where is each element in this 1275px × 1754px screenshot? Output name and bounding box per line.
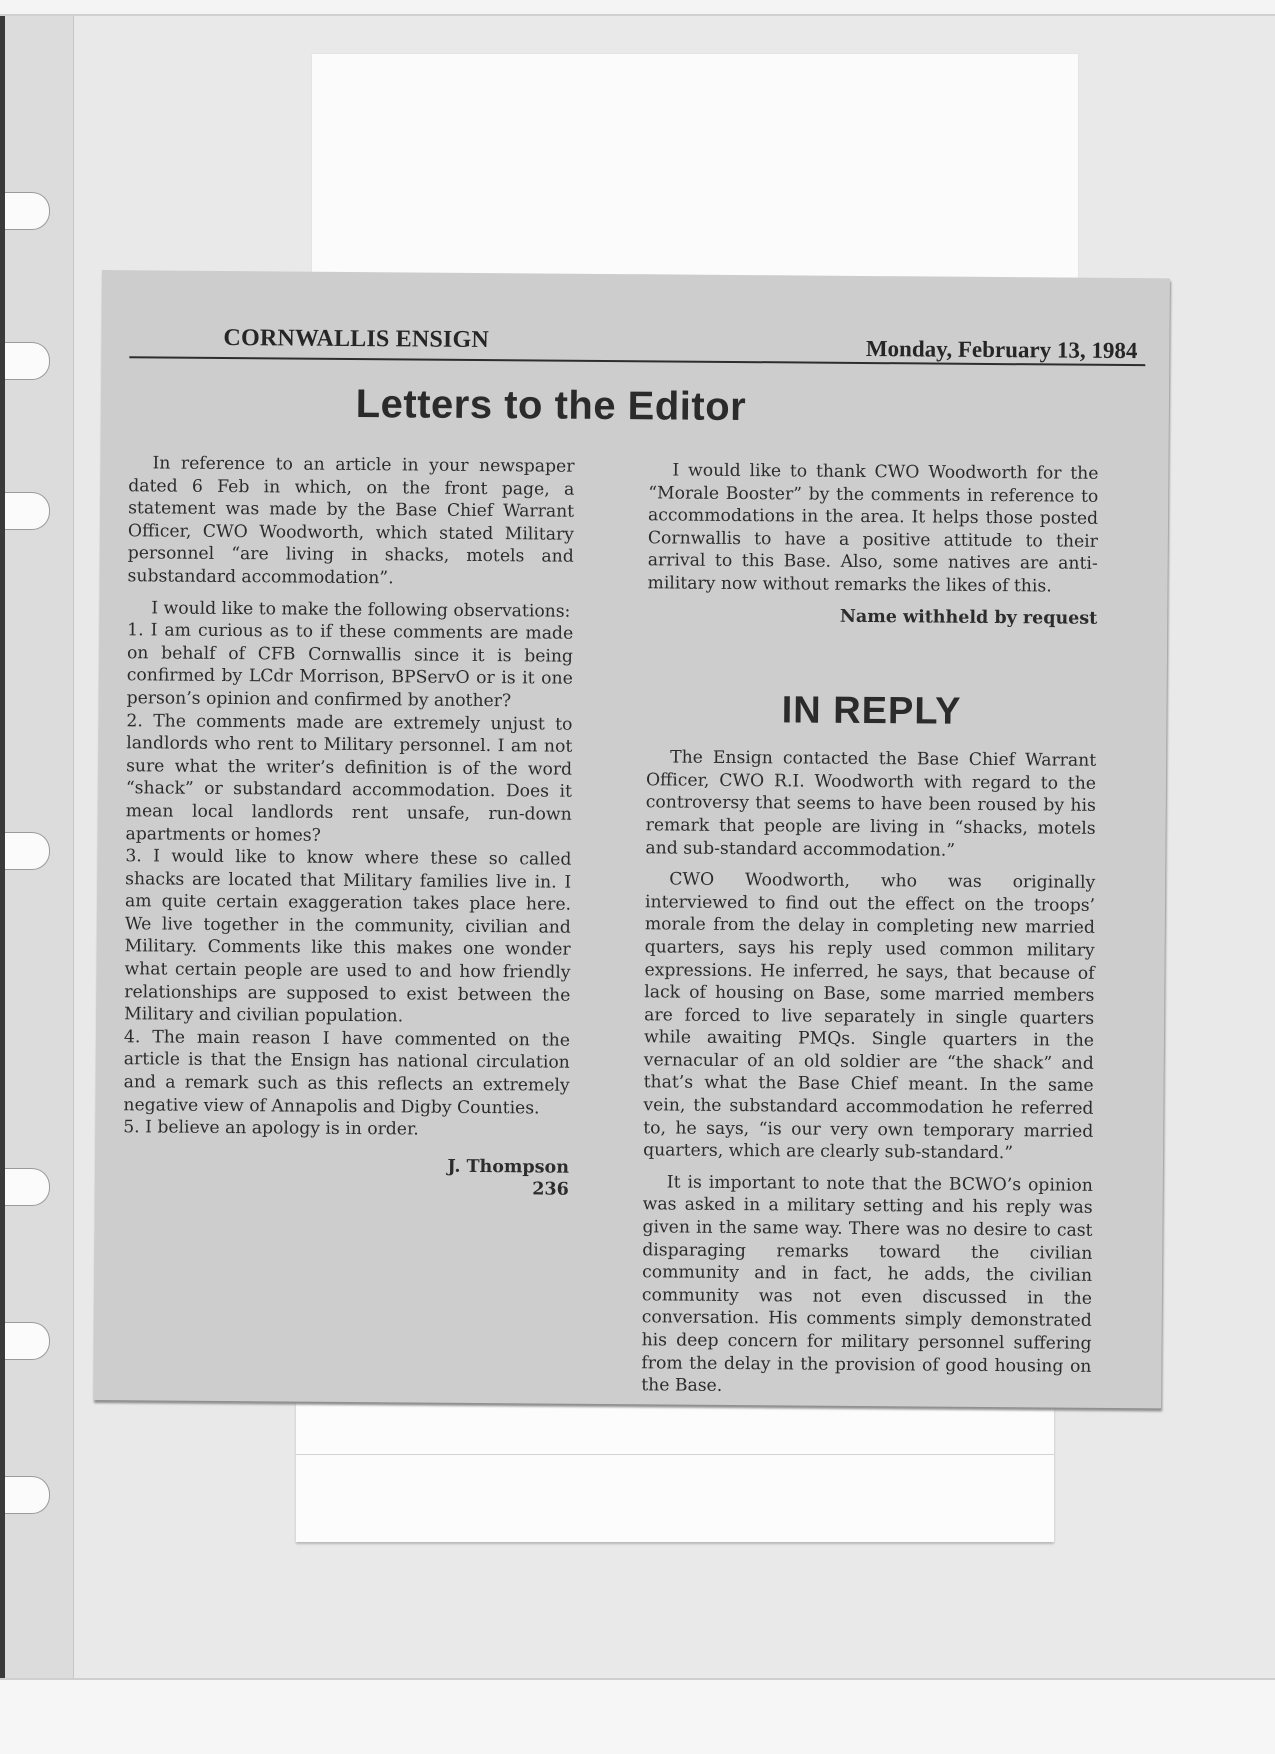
binder-hole [5,192,50,230]
backing-paper-fold [296,1454,1054,1455]
scanner-background [0,1680,1275,1754]
letter-point: 1. I am curious as to if these comments … [127,619,574,713]
reply-paragraph: CWO Woodworth, who was originally interv… [643,868,1095,1165]
backing-paper-top [312,54,1078,282]
binder-hole [5,1168,50,1206]
binder-hole [5,1322,50,1360]
binder-hole [5,832,50,870]
letter-point: 2. The comments made are extremely unjus… [125,710,572,849]
letter-signature: J. Thompson 236 [123,1153,569,1201]
paper-name: CORNWALLIS ENSIGN [223,325,489,354]
letter-anonymous: I would like to thank CWO Woodworth for … [647,459,1098,629]
binder-hole [5,342,50,380]
binder-hole [5,492,50,530]
signature-number: 236 [123,1175,569,1201]
binder-hole-strip [5,16,74,1678]
reply-heading: IN REPLY [646,698,1096,724]
binder-hole [5,1476,50,1514]
reply-paragraph: It is important to note that the BCWO’s … [641,1171,1093,1400]
editor-reply: The Ensign contacted the Base Chief Warr… [641,746,1096,1400]
letter-point: 4. The main reason I have commented on t… [123,1026,570,1120]
section-title: Letters to the Editor [101,380,1001,432]
newspaper-clipping: CORNWALLIS ENSIGN Monday, February 13, 1… [93,270,1170,1408]
right-column: I would like to thank CWO Woodworth for … [641,459,1098,1409]
letter-paragraph: I would like to thank CWO Woodworth for … [647,459,1098,598]
letter-signature: Name withheld by request [647,604,1097,630]
letter-point: 5. I believe an apology is in order. [123,1116,569,1142]
sheet-protector: CORNWALLIS ENSIGN Monday, February 13, 1… [0,14,1275,1681]
masthead: CORNWALLIS ENSIGN Monday, February 13, 1… [129,320,1145,366]
letter-thompson: In reference to an article in your newsp… [123,452,575,1200]
letter-point: 3. I would like to know where these so c… [124,845,571,1029]
reply-paragraph: The Ensign contacted the Base Chief Warr… [645,746,1096,862]
letter-paragraph: In reference to an article in your newsp… [128,452,575,591]
publication-date: Monday, February 13, 1984 [866,336,1138,364]
